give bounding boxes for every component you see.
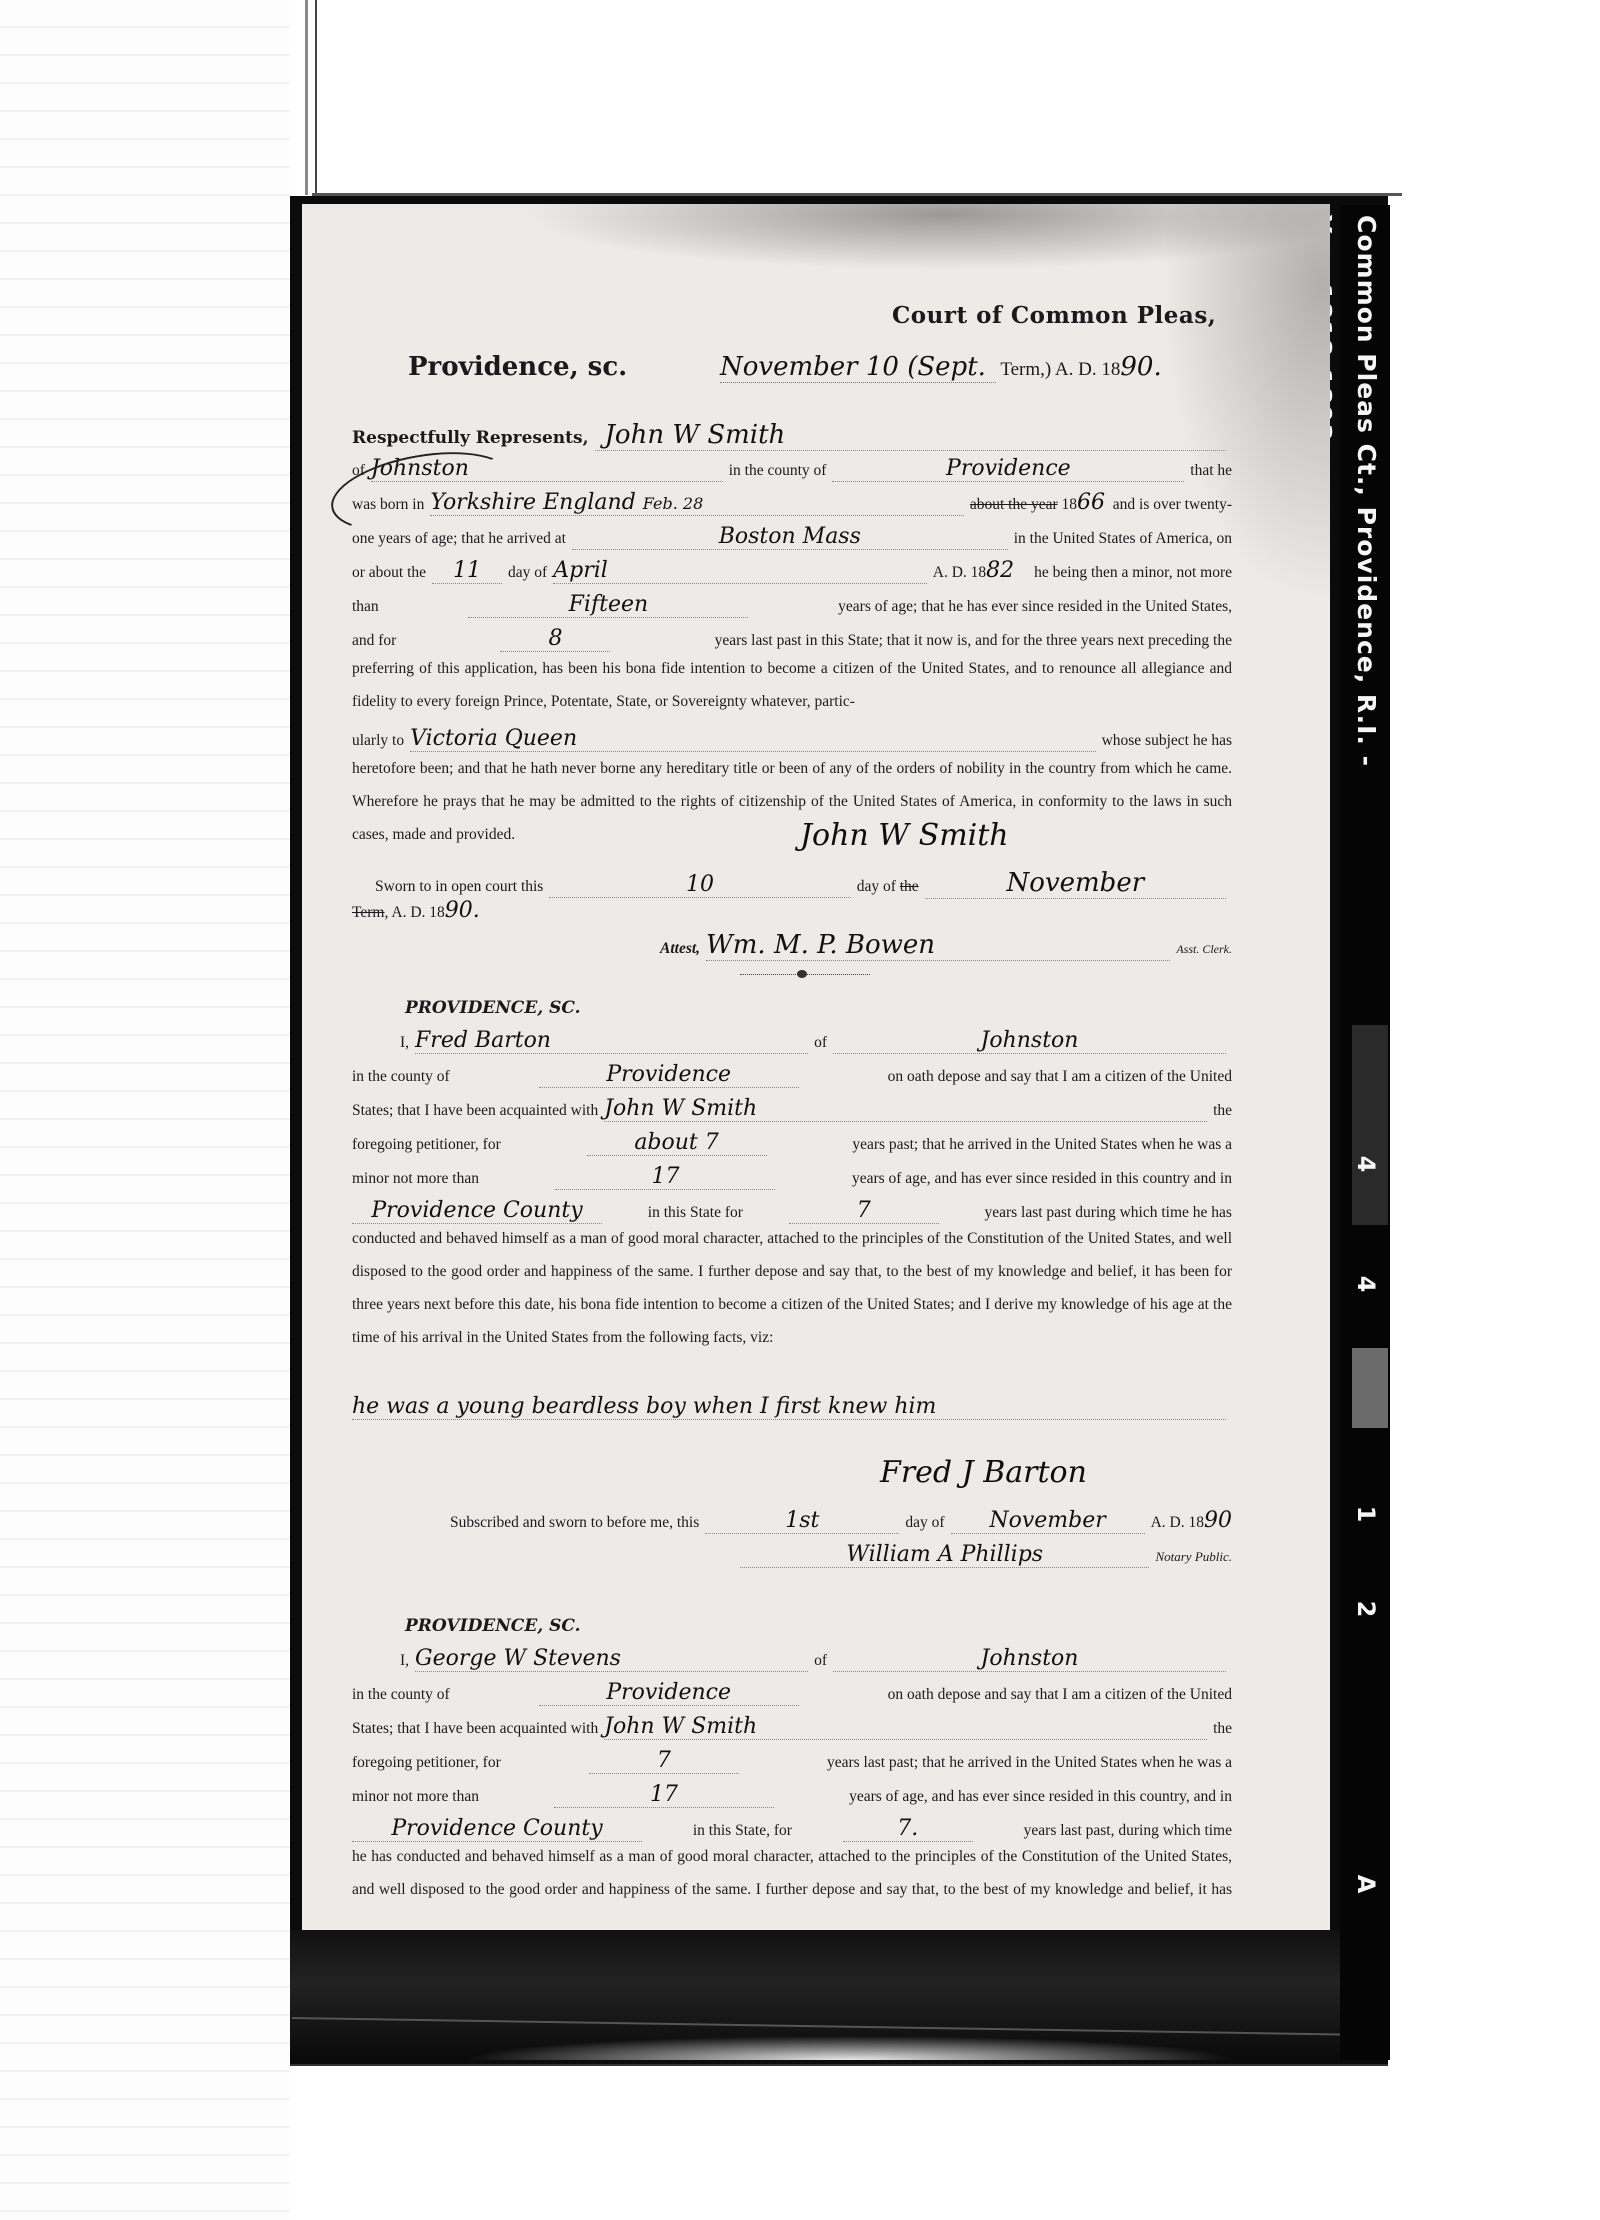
- allegiance-paragraph: preferring of this application, has been…: [352, 652, 1232, 720]
- birth-line: was born in Yorkshire England Feb. 28 ab…: [352, 490, 1232, 516]
- notary-signature: William A Phillips: [740, 1542, 1149, 1568]
- text: ularly to: [352, 732, 404, 750]
- text: minor not more than: [352, 1788, 479, 1806]
- represents-label: Respectfully Represents,: [352, 428, 589, 448]
- represents-line: Respectfully Represents, John W Smith: [352, 420, 1232, 451]
- strip-marker: A: [1352, 1864, 1380, 1904]
- text: foregoing petitioner, for: [352, 1754, 501, 1772]
- petitioner-signature: John W Smith: [800, 818, 1009, 853]
- text: Sworn to in open court this: [375, 878, 543, 896]
- archive-strip-label: Common Pleas Ct., Providence, R.I. - Yrs…: [1344, 215, 1388, 835]
- text: on oath depose and say that I am a citiz…: [888, 1068, 1232, 1086]
- sworn-year-line: Term, A. D. 1890.: [352, 898, 480, 923]
- age-at-arrival: Fifteen: [468, 592, 748, 618]
- deponent-signature: Fred J Barton: [880, 1455, 1087, 1490]
- state-years: 7.: [843, 1816, 973, 1842]
- text: years of age; that he has ever since res…: [838, 598, 1232, 616]
- text: day of: [508, 564, 547, 582]
- county: Providence: [832, 456, 1184, 482]
- text: in the county of: [352, 1068, 450, 1086]
- birth-year: 66: [1077, 490, 1105, 515]
- minor-age: 17: [555, 1164, 775, 1190]
- page-margin-bleedthrough: [0, 0, 290, 2220]
- arrival-month: April: [553, 558, 927, 584]
- petitioner-name: John W Smith: [604, 1714, 1207, 1740]
- text: one years of age; that he arrived at: [352, 530, 566, 548]
- birth-year-prefix: 18: [1062, 496, 1078, 514]
- text: years last past in this State; that it n…: [715, 632, 1232, 650]
- affidavit-1-deponent-line: I, Fred Barton of Johnston: [400, 1028, 1232, 1054]
- affidavit-1-years-line: foregoing petitioner, for about 7 years …: [352, 1130, 1232, 1156]
- county-label: in the county of: [729, 462, 827, 480]
- sovereign: Victoria Queen: [410, 726, 1095, 752]
- residence-place: Providence County: [352, 1816, 642, 1842]
- birth-date: Feb. 28: [643, 494, 703, 513]
- years-line: and for 8 years last past in this State;…: [352, 626, 1232, 652]
- born-label: was born in: [352, 496, 424, 514]
- sworn-line: Sworn to in open court this 10 day of th…: [375, 868, 1232, 899]
- affidavit-2-place-line: Providence County in this State, for 7. …: [352, 1816, 1232, 1842]
- deponent-residence: Johnston: [833, 1646, 1226, 1672]
- affidavit-1-heading: PROVIDENCE, SC.: [405, 998, 581, 1018]
- years-known: about 7: [587, 1130, 767, 1156]
- that-he-label: that he: [1190, 462, 1232, 480]
- years-in-state: 8: [500, 626, 610, 652]
- text: foregoing petitioner, for: [352, 1136, 501, 1154]
- struck-term: Term: [352, 904, 384, 921]
- affidavit-1-body: conducted and behaved himself as a man o…: [352, 1222, 1232, 1388]
- subscribed-year: 90: [1204, 1508, 1232, 1533]
- strip-marker: 4: [1352, 1144, 1380, 1184]
- court-title: Court of Common Pleas,: [892, 302, 1216, 329]
- clerk-label: Asst. Clerk.: [1176, 942, 1232, 957]
- state-years: 7: [789, 1198, 939, 1224]
- subscribed-month: November: [951, 1508, 1145, 1534]
- text: or about the: [352, 564, 426, 582]
- subscribed-day: 1st: [705, 1508, 899, 1534]
- petitioner-name: John W Smith: [604, 1096, 1207, 1122]
- deponent-name: Fred Barton: [415, 1028, 808, 1054]
- arrival-year: 82: [986, 558, 1014, 583]
- divider-ornament: [797, 970, 807, 978]
- text: he being then a minor, not more: [1034, 564, 1232, 582]
- attest-label: Attest,: [660, 940, 700, 958]
- arrival-date-line: or about the 11 day of April A. D. 1882 …: [352, 558, 1232, 584]
- text: A. D. 18: [1151, 1514, 1204, 1532]
- text: on oath depose and say that I am a citiz…: [888, 1686, 1232, 1704]
- text: years past; that he arrived in the Unite…: [852, 1136, 1232, 1154]
- term-line: November 10 (Sept. Term,) A. D. 1890.: [720, 352, 1162, 383]
- text: States; that I have been acquainted with: [352, 1720, 598, 1738]
- strip-marker: 2: [1352, 1589, 1380, 1629]
- text: whose subject he has: [1102, 732, 1232, 750]
- text: the: [1213, 1102, 1232, 1120]
- facts: he was a young beardless boy when I firs…: [352, 1394, 1226, 1420]
- affidavit-2-years-line: foregoing petitioner, for 7 years last p…: [352, 1748, 1232, 1774]
- strip-marker: 1: [1352, 1494, 1380, 1534]
- deponent-name: George W Stevens: [415, 1646, 808, 1672]
- text: of: [814, 1034, 827, 1052]
- sovereign-line: ularly to Victoria Queen whose subject h…: [352, 726, 1232, 752]
- affidavit-1-minor-line: minor not more than 17 years of age, and…: [352, 1164, 1232, 1190]
- text: years of age, and has ever since resided…: [849, 1788, 1232, 1806]
- affidavit-2-heading: PROVIDENCE, SC.: [405, 1616, 581, 1636]
- affidavit-1-facts-line: he was a young beardless boy when I firs…: [352, 1394, 1232, 1420]
- attest-line: Attest, Wm. M. P. Bowen Asst. Clerk.: [660, 930, 1232, 961]
- arrival-port: Boston Mass: [572, 524, 1008, 550]
- text: than: [352, 598, 379, 616]
- deponent-county: Providence: [539, 1062, 799, 1088]
- struck-about-year: about the year: [970, 496, 1058, 514]
- clerk-signature: Wm. M. P. Bowen: [706, 930, 1170, 961]
- sworn-year: 90.: [445, 898, 480, 923]
- margin-rule: [315, 0, 317, 195]
- residence-place: Providence County: [352, 1198, 602, 1224]
- text: I,: [400, 1652, 409, 1670]
- age-line: than Fifteen years of age; that he has e…: [352, 592, 1232, 618]
- deponent-residence: Johnston: [833, 1028, 1226, 1054]
- affidavit-2-body: he has conducted and behaved himself as …: [352, 1840, 1232, 1906]
- text: I,: [400, 1034, 409, 1052]
- affidavit-1-place-line: Providence County in this State for 7 ye…: [352, 1198, 1232, 1224]
- text: years last past, during which time: [1024, 1822, 1232, 1840]
- arrival-port-line: one years of age; that he arrived at Bos…: [352, 524, 1232, 550]
- affidavit-1-acquainted-line: States; that I have been acquainted with…: [352, 1096, 1232, 1122]
- struck-the: the: [900, 878, 919, 896]
- affidavit-1-county-line: in the county of Providence on oath depo…: [352, 1062, 1232, 1088]
- affidavit-1-subscribed-line: Subscribed and sworn to before me, this …: [450, 1508, 1232, 1534]
- term-handwritten: November 10 (Sept.: [720, 352, 996, 383]
- archive-strip-shade: [1352, 1025, 1388, 1225]
- arrival-day: 11: [432, 558, 502, 584]
- text: of: [814, 1652, 827, 1670]
- text: minor not more than: [352, 1170, 479, 1188]
- text: day of: [905, 1514, 944, 1532]
- affidavit-2-county-line: in the county of Providence on oath depo…: [352, 1680, 1232, 1706]
- years-known: 7: [589, 1748, 739, 1774]
- affidavit-2-acquainted-line: States; that I have been acquainted with…: [352, 1714, 1232, 1740]
- deponent-county: Providence: [539, 1680, 799, 1706]
- sworn-month: November: [925, 868, 1226, 899]
- term-year: 90.: [1120, 352, 1161, 382]
- text: in this State, for: [693, 1822, 792, 1840]
- minor-age: 17: [554, 1782, 774, 1808]
- text: States; that I have been acquainted with: [352, 1102, 598, 1120]
- prayer-paragraph: heretofore been; and that he hath never …: [352, 752, 1232, 854]
- text: day of: [857, 878, 896, 896]
- margin-rule: [305, 0, 308, 195]
- over-21-text: and is over twenty-: [1113, 496, 1232, 514]
- text: A. D. 18: [933, 564, 986, 582]
- text: and for: [352, 632, 396, 650]
- text: in the county of: [352, 1686, 450, 1704]
- strip-marker: 4: [1352, 1264, 1380, 1304]
- text: Subscribed and sworn to before me, this: [450, 1514, 699, 1532]
- petitioner-name: John W Smith: [595, 420, 1227, 451]
- text: years last past during which time he has: [984, 1204, 1232, 1222]
- text: years of age, and has ever since resided…: [852, 1170, 1232, 1188]
- text: in this State for: [648, 1204, 743, 1222]
- sworn-day: 10: [549, 872, 850, 898]
- scan-bottom-glow: [360, 2000, 1340, 2060]
- text: in the United States of America, on: [1014, 530, 1232, 548]
- county-heading: Providence, sc.: [408, 352, 627, 382]
- birthplace: Yorkshire England Feb. 28: [430, 490, 964, 516]
- affidavit-1-notary-line: William A Phillips Notary Public.: [740, 1542, 1232, 1568]
- text: the: [1213, 1720, 1232, 1738]
- affidavit-2-minor-line: minor not more than 17 years of age, and…: [352, 1782, 1232, 1808]
- archive-strip-tape: [1352, 1348, 1388, 1428]
- birthplace-text: Yorkshire England: [430, 490, 635, 515]
- text: , A. D. 18: [384, 904, 444, 921]
- affidavit-2-deponent-line: I, George W Stevens of Johnston: [400, 1646, 1232, 1672]
- text: years last past; that he arrived in the …: [827, 1754, 1232, 1772]
- term-printed: Term,) A. D. 18: [1000, 359, 1120, 380]
- notary-label: Notary Public.: [1155, 1549, 1232, 1565]
